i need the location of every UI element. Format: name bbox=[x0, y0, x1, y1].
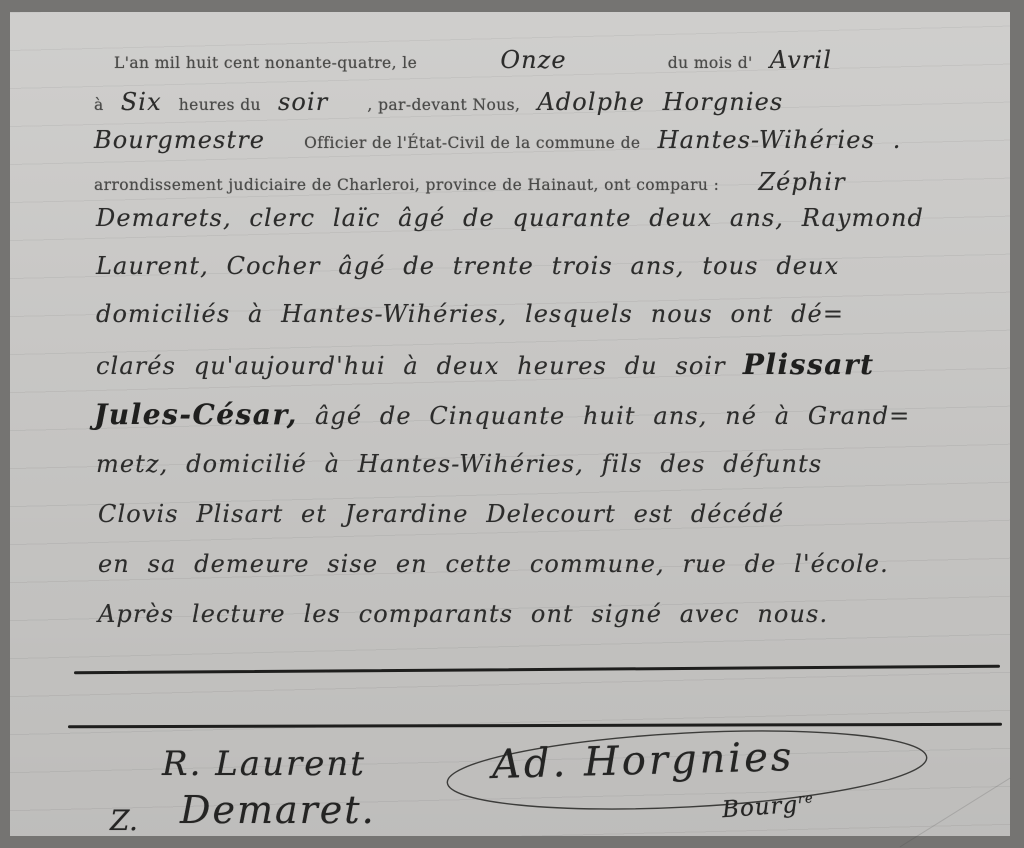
signature-officer-title: Bourgre bbox=[721, 791, 815, 823]
handwritten-witness1-firstname: Zéphir bbox=[758, 168, 845, 196]
handwritten-domicile-text: domiciliés à Hantes-Wihéries, lesquels n… bbox=[96, 300, 844, 328]
handwritten-witness1-details: Demarets, clerc laïc âgé de quarante deu… bbox=[96, 204, 924, 232]
handwritten-hour: Six bbox=[121, 88, 162, 116]
paper-crease bbox=[900, 778, 1011, 848]
printed-text-year: L'an mil huit cent nonante-quatre, le bbox=[114, 54, 417, 72]
record-line-10: metz, domicilié à Hantes-Wihéries, fils … bbox=[96, 450, 822, 478]
handwritten-day: Onze bbox=[500, 46, 566, 74]
scanned-death-record: { "colors": { "frame": "#757472", "paper… bbox=[0, 0, 1024, 848]
handwritten-declaration-text: clarés qu'aujourd'hui à deux heures du s… bbox=[96, 352, 726, 380]
record-line-13: Après lecture les comparants ont signé a… bbox=[98, 600, 828, 628]
officer-title-superscript: re bbox=[797, 791, 814, 807]
handwritten-residence-parents: metz, domicilié à Hantes-Wihéries, fils … bbox=[96, 450, 822, 478]
record-line-9: Jules-César, âgé de Cinquante huit ans, … bbox=[94, 398, 910, 431]
signature-witness-demaret-initial: Z. bbox=[110, 804, 138, 837]
handwritten-officer-name: Adolphe Horgnies bbox=[537, 88, 783, 116]
signature-officer-horgnies: Ad. Horgnies bbox=[491, 734, 794, 788]
separator-rule-bottom bbox=[68, 723, 1002, 728]
printed-text-district: arrondissement judiciaire de Charleroi, … bbox=[94, 176, 719, 194]
printed-text-at: à bbox=[94, 96, 104, 114]
handwritten-month: Avril bbox=[770, 46, 832, 74]
printed-text-hours: heures du bbox=[179, 96, 261, 114]
record-line-3: Bourgmestre Officier de l'État-Civil de … bbox=[94, 126, 901, 154]
record-line-2: à Six heures du soir , par-devant Nous, … bbox=[94, 88, 783, 116]
record-line-4: arrondissement judiciaire de Charleroi, … bbox=[94, 168, 846, 196]
handwritten-period: soir bbox=[278, 88, 328, 116]
separator-rule-top bbox=[74, 665, 1000, 674]
handwritten-officer-title: Bourgmestre bbox=[94, 126, 265, 154]
record-line-12: en sa demeure sise en cette commune, rue… bbox=[98, 550, 889, 578]
record-line-8: clarés qu'aujourd'hui à deux heures du s… bbox=[96, 348, 875, 381]
signature-witness-laurent: R. Laurent bbox=[162, 744, 366, 784]
handwritten-age-birthplace: âgé de Cinquante huit ans, né à Grand= bbox=[315, 402, 910, 430]
record-line-11: Clovis Plisart et Jerardine Delecourt es… bbox=[98, 500, 784, 528]
deceased-surname: Plissart bbox=[743, 348, 875, 381]
handwritten-witness2-details: Laurent, Cocher âgé de trente trois ans,… bbox=[96, 252, 839, 280]
handwritten-closing-text: Après lecture les comparants ont signé a… bbox=[98, 600, 828, 628]
record-line-5: Demarets, clerc laïc âgé de quarante deu… bbox=[96, 204, 924, 232]
record-line-7: domiciliés à Hantes-Wihéries, lesquels n… bbox=[96, 300, 844, 328]
officer-title-main: Bourg bbox=[721, 792, 799, 823]
deceased-firstname: Jules-César, bbox=[94, 398, 298, 431]
printed-text-civil-officer: Officier de l'État-Civil de la commune d… bbox=[304, 134, 640, 152]
handwritten-commune: Hantes-Wihéries . bbox=[658, 126, 902, 154]
handwritten-place-of-death: en sa demeure sise en cette commune, rue… bbox=[98, 550, 889, 578]
record-line-6: Laurent, Cocher âgé de trente trois ans,… bbox=[96, 252, 839, 280]
printed-text-month-label: du mois d' bbox=[668, 54, 753, 72]
handwritten-parents-names: Clovis Plisart et Jerardine Delecourt es… bbox=[98, 500, 784, 528]
record-line-1: L'an mil huit cent nonante-quatre, le On… bbox=[114, 46, 832, 74]
signature-witness-demaret: Demaret. bbox=[180, 788, 376, 832]
printed-text-before-us: , par-devant Nous, bbox=[367, 96, 520, 114]
document-paper: L'an mil huit cent nonante-quatre, le On… bbox=[10, 12, 1010, 836]
